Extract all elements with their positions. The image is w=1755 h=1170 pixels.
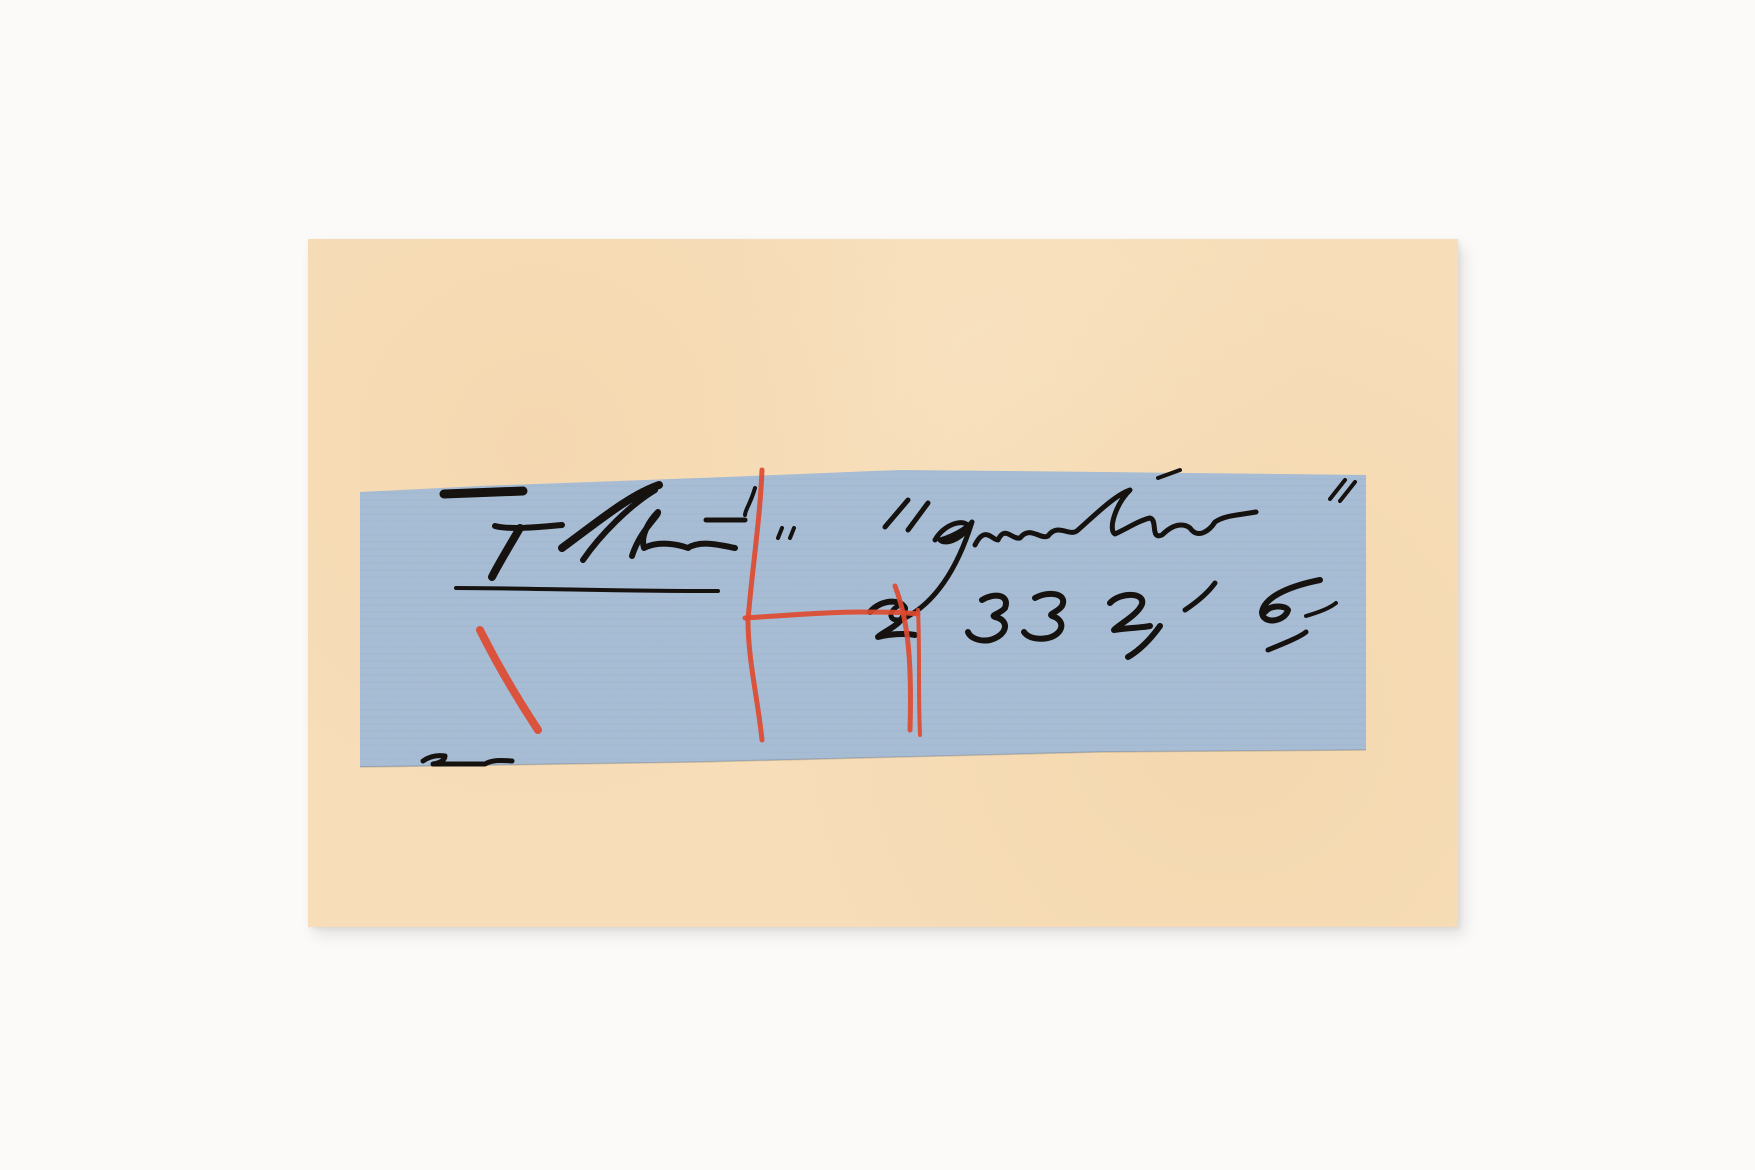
label-artwork	[0, 0, 1755, 1170]
blue-paper-strip	[360, 470, 1366, 767]
